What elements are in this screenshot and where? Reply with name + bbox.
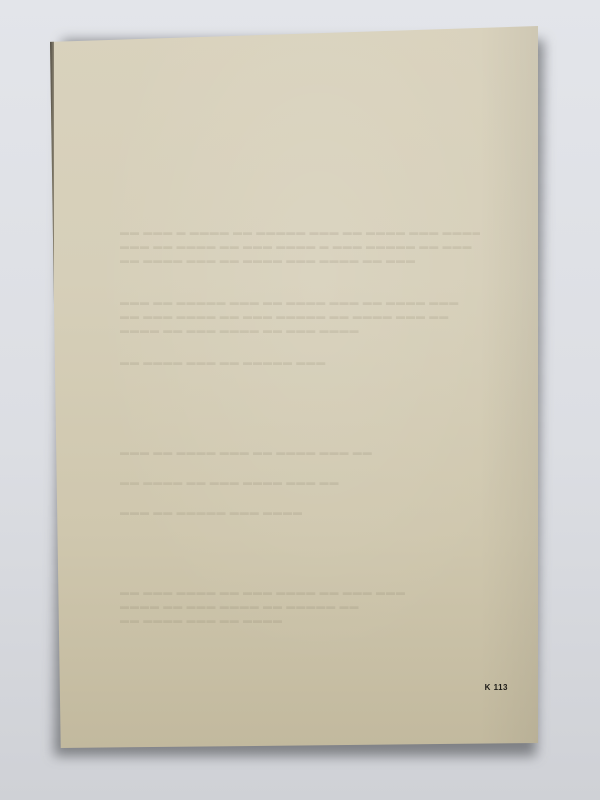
show-through-text-line: ▬▬▬ ▬▬ ▬▬▬▬▬ ▬▬▬ ▬▬▬▬ xyxy=(120,506,480,518)
show-through-text-line: ▬▬▬▬ ▬▬ ▬▬▬ ▬▬▬▬ ▬▬ ▬▬▬▬▬ ▬▬ xyxy=(120,600,480,612)
show-through-text-line: ▬▬ ▬▬▬▬ ▬▬▬ ▬▬ ▬▬▬▬ xyxy=(120,614,480,626)
show-through-text-line: ▬▬▬ ▬▬ ▬▬▬▬ ▬▬ ▬▬▬ ▬▬▬▬ ▬ ▬▬▬ ▬▬▬▬▬ ▬▬ ▬… xyxy=(120,240,480,252)
booklet-back-cover: ▬▬ ▬▬▬ ▬ ▬▬▬▬ ▬▬ ▬▬▬▬▬ ▬▬▬ ▬▬ ▬▬▬▬ ▬▬▬ ▬… xyxy=(50,26,538,748)
show-through-text-line: ▬▬▬ ▬▬ ▬▬▬▬ ▬▬▬ ▬▬ ▬▬▬▬ ▬▬▬ ▬▬ xyxy=(120,446,480,458)
show-through-text-line: ▬▬ ▬▬▬ ▬ ▬▬▬▬ ▬▬ ▬▬▬▬▬ ▬▬▬ ▬▬ ▬▬▬▬ ▬▬▬ ▬… xyxy=(120,226,480,238)
show-through-text-line: ▬▬▬▬ ▬▬ ▬▬▬ ▬▬▬▬ ▬▬ ▬▬▬ ▬▬▬▬ xyxy=(120,324,480,336)
show-through-text-line: ▬▬▬ ▬▬ ▬▬▬▬▬ ▬▬▬ ▬▬ ▬▬▬▬ ▬▬▬ ▬▬ ▬▬▬▬ ▬▬▬ xyxy=(120,296,480,308)
show-through-text-line: ▬▬ ▬▬▬▬ ▬▬ ▬▬▬ ▬▬▬▬ ▬▬▬ ▬▬ xyxy=(120,476,480,488)
show-through-text-line: ▬▬ ▬▬▬▬ ▬▬▬ ▬▬ ▬▬▬▬ ▬▬▬ ▬▬▬▬ ▬▬ ▬▬▬ xyxy=(120,254,480,266)
show-through-text-line: ▬▬ ▬▬▬ ▬▬▬▬ ▬▬ ▬▬▬ ▬▬▬▬ ▬▬ ▬▬▬ ▬▬▬ xyxy=(120,586,480,598)
show-through-text-line: ▬▬ ▬▬▬▬ ▬▬▬ ▬▬ ▬▬▬▬▬ ▬▬▬ xyxy=(120,356,480,368)
catalog-code-label: K 113 xyxy=(485,683,508,692)
show-through-text-line: ▬▬ ▬▬▬ ▬▬▬▬ ▬▬ ▬▬▬ ▬▬▬▬▬ ▬▬ ▬▬▬▬ ▬▬▬ ▬▬ xyxy=(120,310,480,322)
